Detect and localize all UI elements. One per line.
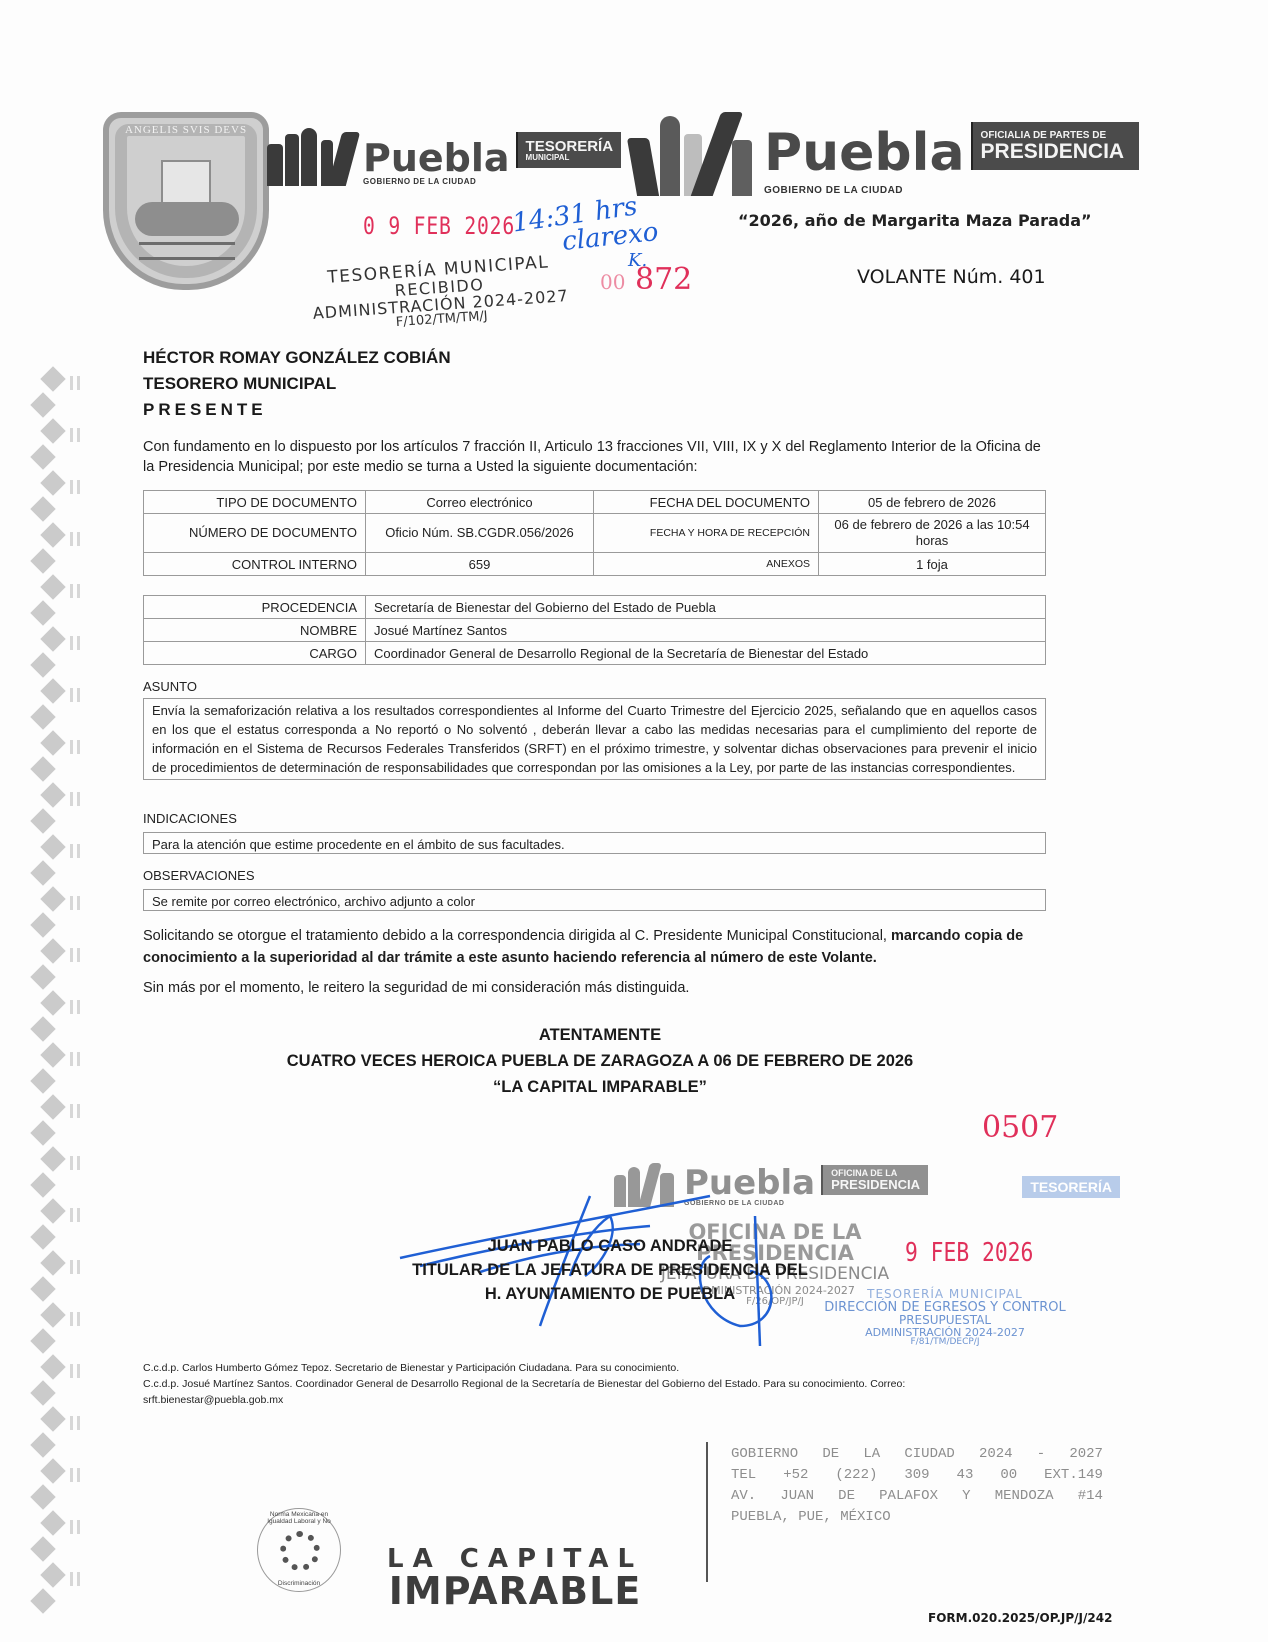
city-crest-logo: ANGELIS SVIS DEVS — [103, 112, 269, 290]
contact-word: LA — [863, 1444, 880, 1465]
folio-number: 872 — [635, 262, 692, 297]
document-info-table: TIPO DE DOCUMENTO Correo electrónico FEC… — [143, 490, 1046, 576]
folio-stamp: 00 872 — [600, 262, 692, 297]
value-numero: Oficio Núm. SB.CGDR.056/2026 — [366, 514, 594, 553]
observaciones-label: OBSERVACIONES — [143, 868, 255, 883]
faint-tesoreria-box: TESORERÍA — [1022, 1176, 1120, 1198]
contact-word: DE — [822, 1444, 839, 1465]
egresos-stamp: TESORERÍA MUNICIPAL DIRECCIÓN DE EGRESOS… — [800, 1288, 1090, 1348]
la-capital-imparable-logo: LA CAPITAL IMPARABLE — [387, 1546, 643, 1610]
footer-divider — [706, 1442, 708, 1582]
puebla-presidencia-logo: Puebla GOBIERNO DE LA CIUDAD OFICIALIA D… — [630, 112, 1139, 196]
tesoreria-box-subtitle: MUNICIPAL — [526, 154, 614, 162]
contact-word: JUAN — [780, 1486, 814, 1507]
seal-people-icon — [280, 1531, 320, 1571]
table-row: NÚMERO DE DOCUMENTO Oficio Núm. SB.CGDR.… — [144, 514, 1046, 553]
tesoreria-box: TESORERÍA MUNICIPAL — [516, 132, 622, 168]
form-code: FORM.020.2025/OP.JP/J/242 — [928, 1611, 1112, 1625]
contact-word: 00 — [1000, 1465, 1017, 1486]
signoff-atentamente: ATENTAMENTE — [200, 1022, 1000, 1048]
signer-block: JUAN PABLO CASO ANDRADE TITULAR DE LA JE… — [380, 1234, 840, 1306]
contact-word: 309 — [904, 1465, 929, 1486]
contact-word: #14 — [1078, 1486, 1103, 1507]
folio-prefix: 00 — [600, 270, 625, 294]
puebla-wordmark: Puebla — [764, 127, 965, 179]
contact-word: 2027 — [1069, 1444, 1103, 1465]
value-fecha-documento: 05 de febrero de 2026 — [819, 491, 1046, 514]
label-control: CONTROL INTERNO — [144, 553, 366, 576]
signoff-block: ATENTAMENTE CUATRO VECES HEROICA PUEBLA … — [200, 1022, 1000, 1100]
puebla-skyline-icon — [630, 112, 758, 196]
signer-title: TITULAR DE LA JEFATURA DE PRESIDENCIA DE… — [380, 1258, 840, 1282]
decorative-border-strip — [30, 370, 86, 1630]
stamp-line: TESORERÍA MUNICIPAL — [800, 1288, 1090, 1301]
request-text: Solicitando se otorgue el tratamiento de… — [143, 928, 891, 944]
value-nombre: Josué Martínez Santos — [366, 619, 1046, 642]
indicaciones-label: INDICACIONES — [143, 811, 237, 826]
addressee-presente: PRESENTE — [143, 397, 451, 423]
capital-line2: IMPARABLE — [387, 1572, 643, 1610]
contact-word: PALAFOX — [879, 1486, 938, 1507]
value-procedencia: Secretaría de Bienestar del Gobierno del… — [366, 596, 1046, 619]
bottom-date-stamp: 9 FEB 2026 — [905, 1238, 1033, 1268]
value-fecha-recepcion: 06 de febrero de 2026 a las 10:54 horas — [819, 514, 1046, 553]
addressee-block: HÉCTOR ROMAY GONZÁLEZ COBIÁN TESORERO MU… — [143, 345, 451, 423]
equality-norm-seal: Norma Mexicana en Igualdad Laboral y No … — [257, 1508, 341, 1592]
contact-word: AV. — [731, 1486, 756, 1507]
contact-word: MENDOZA — [995, 1486, 1054, 1507]
contact-word: GOBIERNO — [731, 1444, 798, 1465]
oficialia-box-title: OFICIALIA DE PARTES DE — [981, 131, 1131, 141]
tesoreria-box-title: TESORERÍA — [526, 139, 614, 154]
label-fecha-recepcion: FECHA Y HORA DE RECEPCIÓN — [594, 514, 819, 553]
faint-tesoreria-logo-stamp: TESORERÍA — [930, 1168, 1120, 1208]
value-cargo: Coordinador General de Desarrollo Region… — [366, 642, 1046, 665]
tesoreria-received-stamp: TESORERÍA MUNICIPAL RECIBIDO ADMINISTRAC… — [303, 253, 577, 337]
label-anexos: ANEXOS — [594, 553, 819, 576]
contact-word: (222) — [835, 1465, 877, 1486]
signer-name: JUAN PABLO CASO ANDRADE — [380, 1234, 840, 1258]
label-numero: NÚMERO DE DOCUMENTO — [144, 514, 366, 553]
crest-water-icon — [139, 242, 235, 260]
oficina-box: OFICINA DE LA PRESIDENCIA — [821, 1165, 928, 1195]
contact-city: PUEBLA, PUE, MÉXICO — [731, 1509, 891, 1525]
logo-subtitle: GOBIERNO DE LA CIUDAD — [764, 185, 965, 196]
table-row: CONTROL INTERNO 659 ANEXOS 1 foja — [144, 553, 1046, 576]
contact-row: AV. JUAN DE PALAFOX Y MENDOZA #14 — [731, 1486, 1103, 1507]
closing-line: Sin más por el momento, le reitero la se… — [143, 980, 689, 996]
label-tipo: TIPO DE DOCUMENTO — [144, 491, 366, 514]
contact-word: 2024 — [979, 1444, 1013, 1465]
contact-word: TEL — [731, 1465, 756, 1486]
ccp-line: C.c.d.p. Josué Martínez Santos. Coordina… — [143, 1376, 1063, 1392]
contact-word: - — [1037, 1444, 1045, 1465]
value-tipo: Correo electrónico — [366, 491, 594, 514]
table-row: NOMBRE Josué Martínez Santos — [144, 619, 1046, 642]
contact-word: EXT.149 — [1044, 1465, 1103, 1486]
oficialia-box-subtitle: PRESIDENCIA — [981, 141, 1131, 162]
contact-row: PUEBLA, PUE, MÉXICO — [731, 1507, 1103, 1528]
request-paragraph: Solicitando se otorgue el tratamiento de… — [143, 925, 1053, 969]
intro-paragraph: Con fundamento en lo dispuesto por los a… — [143, 437, 1053, 477]
year-motto: “2026, año de Margarita Maza Parada” — [738, 211, 1092, 230]
puebla-wordmark: Puebla — [363, 139, 510, 177]
contact-row: TEL +52 (222) 309 43 00 EXT.149 — [731, 1465, 1103, 1486]
addressee-name: HÉCTOR ROMAY GONZÁLEZ COBIÁN — [143, 345, 451, 371]
logo-subtitle: GOBIERNO DE LA CIUDAD — [363, 177, 510, 186]
value-control: 659 — [366, 553, 594, 576]
table-row: PROCEDENCIA Secretaría de Bienestar del … — [144, 596, 1046, 619]
contact-word: CIUDAD — [904, 1444, 954, 1465]
label-procedencia: PROCEDENCIA — [144, 596, 366, 619]
asunto-text: Envía la semaforización relativa a los r… — [143, 698, 1046, 780]
ccp-email: srft.bienestar@puebla.gob.mx — [143, 1392, 1063, 1408]
oficina-box-subtitle: PRESIDENCIA — [831, 1178, 920, 1191]
oficialia-box: OFICIALIA DE PARTES DE PRESIDENCIA — [971, 122, 1139, 170]
addressee-title: TESORERO MUNICIPAL — [143, 371, 451, 397]
seal-text-top: Norma Mexicana en Igualdad Laboral y No — [258, 1511, 340, 1525]
crest-motto: ANGELIS SVIS DEVS — [109, 124, 263, 136]
asunto-label: ASUNTO — [143, 679, 197, 694]
signoff-slogan: “LA CAPITAL IMPARABLE” — [200, 1074, 1000, 1100]
crest-cloud-icon — [135, 202, 239, 236]
ccp-block: C.c.d.p. Carlos Humberto Gómez Tepoz. Se… — [143, 1360, 1063, 1408]
contact-word: DE — [838, 1486, 855, 1507]
value-anexos: 1 foja — [819, 553, 1046, 576]
ccp-line: C.c.d.p. Carlos Humberto Gómez Tepoz. Se… — [143, 1360, 1063, 1376]
stamp-line: F/81/TM/DECP/J — [800, 1338, 1090, 1347]
table-row: CARGO Coordinador General de Desarrollo … — [144, 642, 1046, 665]
volante-number: VOLANTE Núm. 401 — [857, 266, 1046, 288]
signer-institution: H. AYUNTAMIENTO DE PUEBLA — [380, 1282, 840, 1306]
signoff-place-date: CUATRO VECES HEROICA PUEBLA DE ZARAGOZA … — [200, 1048, 1000, 1074]
contact-word: Y — [962, 1486, 970, 1507]
contact-word: +52 — [783, 1465, 808, 1486]
origin-info-table: PROCEDENCIA Secretaría de Bienestar del … — [143, 595, 1046, 665]
observaciones-text: Se remite por correo electrónico, archiv… — [143, 889, 1046, 911]
label-fecha-documento: FECHA DEL DOCUMENTO — [594, 491, 819, 514]
footer-contact: GOBIERNO DE LA CIUDAD 2024 - 2027 TEL +5… — [731, 1444, 1103, 1528]
puebla-tesoreria-logo: Puebla GOBIERNO DE LA CIUDAD TESORERÍA M… — [265, 128, 621, 186]
label-cargo: CARGO — [144, 642, 366, 665]
stamp-line: DIRECCIÓN DE EGRESOS Y CONTROL — [800, 1301, 1090, 1315]
contact-word: 43 — [957, 1465, 974, 1486]
crest-castle-icon — [161, 160, 211, 204]
indicaciones-text: Para la atención que estime procedente e… — [143, 832, 1046, 854]
table-row: TIPO DE DOCUMENTO Correo electrónico FEC… — [144, 491, 1046, 514]
seal-text-bottom: Discriminación — [258, 1580, 340, 1587]
received-date-stamp: 0 9 FEB 2026 — [363, 212, 515, 240]
puebla-skyline-icon — [265, 128, 357, 186]
contact-row: GOBIERNO DE LA CIUDAD 2024 - 2027 — [731, 1444, 1103, 1465]
stamp-line: PRESUPUESTAL — [800, 1314, 1090, 1327]
bottom-folio-stamp: 0507 — [982, 1110, 1058, 1145]
label-nombre: NOMBRE — [144, 619, 366, 642]
